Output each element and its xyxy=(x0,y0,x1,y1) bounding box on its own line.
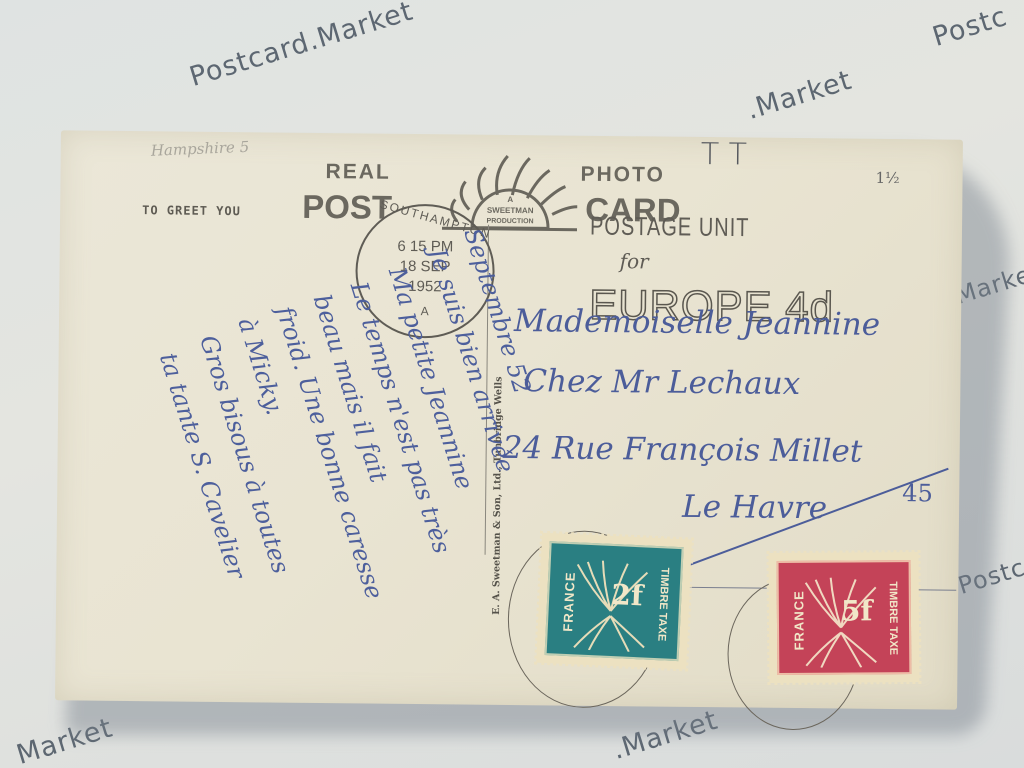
stamp-country: FRANCE xyxy=(791,570,807,670)
watermark: Postcard.Market xyxy=(186,0,417,93)
pencil-mark-rate: 1½ xyxy=(875,169,899,187)
pencil-mark-tt: T T xyxy=(701,137,748,172)
header-photo: PHOTO xyxy=(580,163,665,188)
svg-text:PRODUCTION: PRODUCTION xyxy=(487,218,534,225)
address-street: 24 Rue François Millet xyxy=(503,430,863,470)
stamp-value: 5f xyxy=(841,594,873,627)
stamp-type: TIMBRE TAXE xyxy=(887,568,900,668)
stamp-value: 2f xyxy=(611,578,644,612)
slogan-for: for xyxy=(620,249,649,273)
watermark: .Market xyxy=(743,65,856,126)
slogan-postage-unit: POSTAGE UNIT xyxy=(590,212,750,244)
header-real: REAL xyxy=(325,160,390,185)
stamp-type: TIMBRE TAXE xyxy=(655,554,672,654)
stamp-2f: FRANCE TIMBRE TAXE 2f xyxy=(536,533,692,670)
pencil-note: Hampshire 5 xyxy=(150,138,249,160)
address-recipient: Mademoiselle Jeannine xyxy=(514,303,880,343)
stamp-5f: FRANCE TIMBRE TAXE 5f xyxy=(768,552,919,683)
svg-text:A: A xyxy=(507,195,513,204)
handwritten-message: Septembre 52 Je suis bien arrivée Ma pet… xyxy=(95,201,490,705)
svg-text:SWEETMAN: SWEETMAN xyxy=(487,206,534,215)
watermark: Postc xyxy=(929,1,1011,53)
postcard: Hampshire 5 T T 1½ REAL PHOTO POST CARD … xyxy=(55,130,963,709)
address-care-of: Chez Mr Lechaux xyxy=(523,363,800,402)
